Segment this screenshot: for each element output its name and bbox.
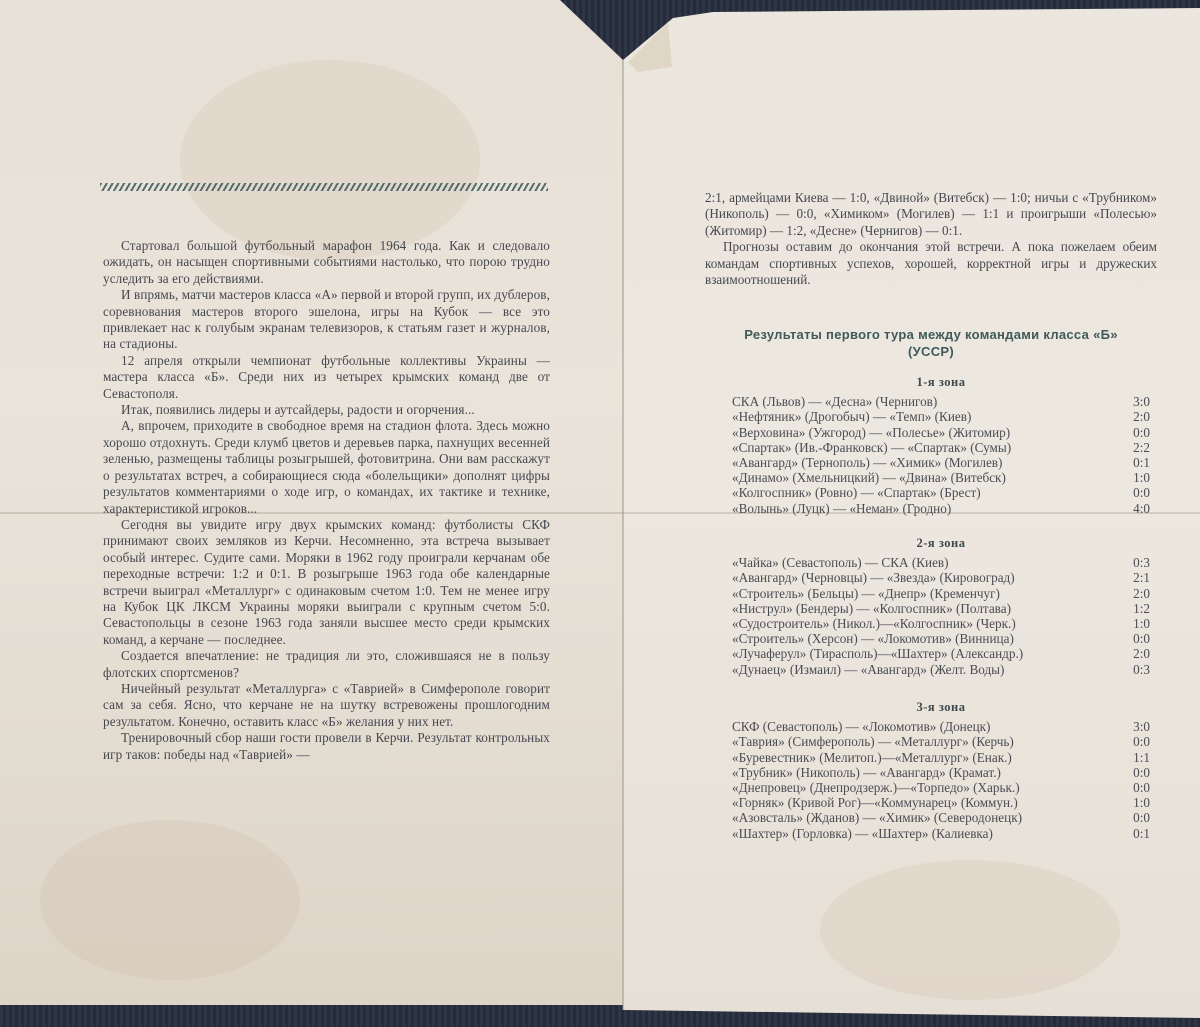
match-row: «Спартак» (Ив.-Франковск) — «Спартак» (С… xyxy=(732,440,1150,455)
match-teams: «Судостроитель» (Никол.)—«Колгоспник» (Ч… xyxy=(732,616,1016,631)
match-score: 4:0 xyxy=(1133,501,1150,516)
match-teams: «Горняк» (Кривой Рог)—«Коммунарец» (Комм… xyxy=(732,795,1018,810)
match-score: 3:0 xyxy=(1133,719,1150,734)
article-right-column: 2:1, армейцами Киева — 1:0, «Двиной» (Ви… xyxy=(705,190,1157,288)
match-row: СКФ (Севастополь) — «Локомотив» (Донецк)… xyxy=(732,719,1150,734)
paper-stain xyxy=(180,60,480,260)
match-score: 0:1 xyxy=(1133,826,1150,841)
match-row: «Шахтер» (Горловка) — «Шахтер» (Калиевка… xyxy=(732,826,1150,841)
paragraph: Сегодня вы увидите игру двух крымских ко… xyxy=(103,517,550,648)
match-teams: СКФ (Севастополь) — «Локомотив» (Донецк) xyxy=(732,719,990,734)
match-row: «Азовсталь» (Жданов) — «Химик» (Северодо… xyxy=(732,810,1150,825)
continuation-paragraph: 2:1, армейцами Киева — 1:0, «Двиной» (Ви… xyxy=(705,190,1157,239)
zone-2-results: 2-я зона «Чайка» (Севастополь) — СКА (Ки… xyxy=(732,536,1150,677)
results-heading: Результаты первого тура между командами … xyxy=(705,326,1157,360)
match-score: 0:3 xyxy=(1133,555,1150,570)
match-teams: «Трубник» (Никополь) — «Авангард» (Крама… xyxy=(732,765,1001,780)
match-row: «Судостроитель» (Никол.)—«Колгоспник» (Ч… xyxy=(732,616,1150,631)
match-teams: «Лучаферул» (Тирасполь)—«Шахтер» (Алекса… xyxy=(732,646,1023,661)
match-score: 0:0 xyxy=(1133,734,1150,749)
scanned-program-spread: Стартовал большой футбольный марафон 196… xyxy=(0,0,1200,1027)
match-score: 0:3 xyxy=(1133,662,1150,677)
paper-stain xyxy=(820,860,1120,1000)
match-teams: «Динамо» (Хмельницкий) — «Двина» (Витебс… xyxy=(732,470,1006,485)
match-teams: «Строитель» (Бельцы) — «Днепр» (Кременчу… xyxy=(732,586,1000,601)
match-score: 0:0 xyxy=(1133,765,1150,780)
match-score: 2:0 xyxy=(1133,409,1150,424)
match-score: 0:0 xyxy=(1133,425,1150,440)
zone-title: 3-я зона xyxy=(732,700,1150,715)
match-teams: «Волынь» (Луцк) — «Неман» (Гродно) xyxy=(732,501,951,516)
match-score: 0:0 xyxy=(1133,780,1150,795)
torn-corner-flap xyxy=(628,22,672,72)
match-row: «Таврия» (Симферополь) — «Металлург» (Ке… xyxy=(732,734,1150,749)
zone-1-results: 1-я зона СКА (Львов) — «Десна» (Чернигов… xyxy=(732,375,1150,516)
match-row: «Буревестник» (Мелитоп.)—«Металлург» (Ен… xyxy=(732,750,1150,765)
match-row: «Днепровец» (Днепродзерж.)—«Торпедо» (Ха… xyxy=(732,780,1150,795)
match-score: 2:0 xyxy=(1133,646,1150,661)
match-row: «Лучаферул» (Тирасполь)—«Шахтер» (Алекса… xyxy=(732,646,1150,661)
match-score: 2:2 xyxy=(1133,440,1150,455)
results-heading-line2: (УССР) xyxy=(705,343,1157,360)
match-row: «Горняк» (Кривой Рог)—«Коммунарец» (Комм… xyxy=(732,795,1150,810)
match-teams: СКА (Львов) — «Десна» (Чернигов) xyxy=(732,394,937,409)
match-teams: «Шахтер» (Горловка) — «Шахтер» (Калиевка… xyxy=(732,826,993,841)
match-row: «Чайка» (Севастополь) — СКА (Киев)0:3 xyxy=(732,555,1150,570)
match-teams: «Верховина» (Ужгород) — «Полесье» (Житом… xyxy=(732,425,1010,440)
match-score: 0:1 xyxy=(1133,455,1150,470)
match-teams: «Авангард» (Черновцы) — «Звезда» (Кирово… xyxy=(732,570,1015,585)
paragraph: А, впрочем, приходите в свободное время … xyxy=(103,418,550,516)
match-row: «Нефтяник» (Дрогобыч) — «Темп» (Киев)2:0 xyxy=(732,409,1150,424)
closing-paragraph: Прогнозы оставим до окончания этой встре… xyxy=(705,239,1157,288)
match-score: 1:1 xyxy=(1133,750,1150,765)
match-teams: «Спартак» (Ив.-Франковск) — «Спартак» (С… xyxy=(732,440,1011,455)
article-left-column: Стартовал большой футбольный марафон 196… xyxy=(103,238,550,763)
match-teams: «Авангард» (Тернополь) — «Химик» (Могиле… xyxy=(732,455,1002,470)
paragraph: Создается впечатление: не традиция ли эт… xyxy=(103,648,550,681)
match-teams: «Таврия» (Симферополь) — «Металлург» (Ке… xyxy=(732,734,1014,749)
paragraph: Ничейный результат «Металлурга» с «Таври… xyxy=(103,681,550,730)
match-row: «Строитель» (Херсон) — «Локомотив» (Винн… xyxy=(732,631,1150,646)
paragraph: 12 апреля открыли чемпионат футбольные к… xyxy=(103,353,550,402)
match-score: 0:0 xyxy=(1133,631,1150,646)
match-teams: «Буревестник» (Мелитоп.)—«Металлург» (Ен… xyxy=(732,750,1012,765)
match-row: «Авангард» (Тернополь) — «Химик» (Могиле… xyxy=(732,455,1150,470)
match-row: «Ниструл» (Бендеры) — «Колгоспник» (Полт… xyxy=(732,601,1150,616)
match-teams: «Чайка» (Севастополь) — СКА (Киев) xyxy=(732,555,949,570)
decorative-rule xyxy=(100,183,548,191)
match-row: «Строитель» (Бельцы) — «Днепр» (Кременчу… xyxy=(732,586,1150,601)
zone-title: 2-я зона xyxy=(732,536,1150,551)
match-row: «Трубник» (Никополь) — «Авангард» (Крама… xyxy=(732,765,1150,780)
match-score: 2:0 xyxy=(1133,586,1150,601)
match-score: 3:0 xyxy=(1133,394,1150,409)
match-row: «Авангард» (Черновцы) — «Звезда» (Кирово… xyxy=(732,570,1150,585)
paragraph: И впрямь, матчи мастеров класса «А» перв… xyxy=(103,287,550,353)
match-row: СКА (Львов) — «Десна» (Чернигов)3:0 xyxy=(732,394,1150,409)
paragraph: Итак, появились лидеры и аутсайдеры, рад… xyxy=(103,402,550,418)
match-teams: «Колгоспник» (Ровно) — «Спартак» (Брест) xyxy=(732,485,981,500)
results-heading-line1: Результаты первого тура между командами … xyxy=(705,326,1157,343)
paragraph: Стартовал большой футбольный марафон 196… xyxy=(103,238,550,287)
match-score: 2:1 xyxy=(1133,570,1150,585)
match-row: «Верховина» (Ужгород) — «Полесье» (Житом… xyxy=(732,425,1150,440)
match-teams: «Азовсталь» (Жданов) — «Химик» (Северодо… xyxy=(732,810,1022,825)
match-score: 0:0 xyxy=(1133,485,1150,500)
match-score: 1:0 xyxy=(1133,470,1150,485)
match-row: «Волынь» (Луцк) — «Неман» (Гродно)4:0 xyxy=(732,501,1150,516)
match-teams: «Нефтяник» (Дрогобыч) — «Темп» (Киев) xyxy=(732,409,971,424)
match-score: 1:2 xyxy=(1133,601,1150,616)
paper-stain xyxy=(40,820,300,980)
zone-title: 1-я зона xyxy=(732,375,1150,390)
match-teams: «Дунаец» (Измаил) — «Авангард» (Желт. Во… xyxy=(732,662,1004,677)
match-row: «Колгоспник» (Ровно) — «Спартак» (Брест)… xyxy=(732,485,1150,500)
zone-3-results: 3-я зона СКФ (Севастополь) — «Локомотив»… xyxy=(732,700,1150,841)
match-row: «Дунаец» (Измаил) — «Авангард» (Желт. Во… xyxy=(732,662,1150,677)
match-score: 1:0 xyxy=(1133,616,1150,631)
vertical-fold xyxy=(622,60,624,1010)
match-score: 1:0 xyxy=(1133,795,1150,810)
match-teams: «Днепровец» (Днепродзерж.)—«Торпедо» (Ха… xyxy=(732,780,1020,795)
paragraph: Тренировочный сбор наши гости провели в … xyxy=(103,730,550,763)
match-teams: «Ниструл» (Бендеры) — «Колгоспник» (Полт… xyxy=(732,601,1011,616)
match-score: 0:0 xyxy=(1133,810,1150,825)
match-teams: «Строитель» (Херсон) — «Локомотив» (Винн… xyxy=(732,631,1014,646)
match-row: «Динамо» (Хмельницкий) — «Двина» (Витебс… xyxy=(732,470,1150,485)
